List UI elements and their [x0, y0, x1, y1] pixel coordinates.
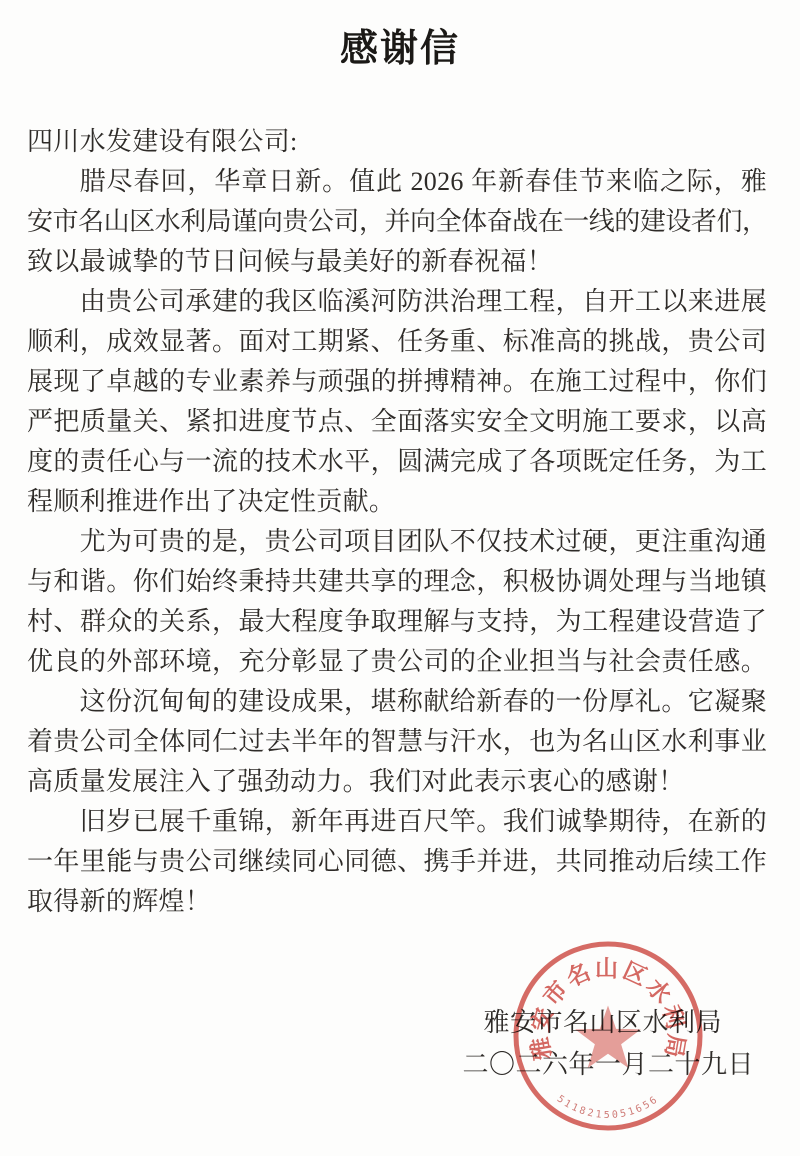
seal-code: 5118215051656 — [555, 1094, 661, 1122]
signature-block: 雅安市名山区水利局 二〇二六年一月二十九日 — [0, 1002, 800, 1086]
paragraph-4: 这份沉甸甸的建设成果，堪称献给新春的一份厚礼。它凝聚 着贵公司全体同仁过去半年的… — [27, 682, 767, 802]
text-line: 优良的外部环境，充分彰显了贵公司的企业担当与社会责任感。 — [27, 642, 767, 682]
signature-date: 二〇二六年一月二十九日 — [0, 1044, 800, 1086]
page-title: 感谢信 — [0, 0, 800, 72]
text-line: 高质量发展注入了强劲动力。我们对此表示衷心的感谢！ — [27, 762, 767, 802]
text-line: 村、群众的关系，最大程度争取理解与支持，为工程建设营造了 — [27, 602, 767, 642]
letter-body: 腊尽春回，华章日新。值此 2026 年新春佳节来临之际，雅 安市名山区水利局谨向… — [27, 162, 767, 922]
text-line: 严把质量关、紧扣进度节点、全面落实安全文明施工要求，以高 — [27, 402, 767, 442]
text-line: 展现了卓越的专业素养与顽强的拼搏精神。在施工过程中，你们 — [27, 362, 767, 402]
text-line: 腊尽春回，华章日新。值此 2026 年新春佳节来临之际，雅 — [27, 162, 767, 202]
text-line: 这份沉甸甸的建设成果，堪称献给新春的一份厚礼。它凝聚 — [27, 682, 767, 722]
paragraph-3: 尤为可贵的是，贵公司项目团队不仅技术过硬，更注重沟通 与和谐。你们始终秉持共建共… — [27, 522, 767, 682]
svg-text:5118215051656: 5118215051656 — [555, 1094, 661, 1122]
text-line: 顺利，成效显著。面对工期紧、任务重、标准高的挑战，贵公司 — [27, 322, 767, 362]
text-line: 安市名山区水利局谨向贵公司，并向全体奋战在一线的建设者们， — [27, 202, 767, 242]
text-line: 一年里能与贵公司继续同心同德、携手并进，共同推动后续工作 — [27, 842, 767, 882]
thank-you-letter-page: 感谢信 四川水发建设有限公司: 腊尽春回，华章日新。值此 2026 年新春佳节来… — [0, 0, 800, 1156]
text-line: 取得新的辉煌！ — [27, 882, 767, 922]
text-line: 与和谐。你们始终秉持共建共享的理念，积极协调处理与当地镇 — [27, 562, 767, 602]
text-line: 尤为可贵的是，贵公司项目团队不仅技术过硬，更注重沟通 — [27, 522, 767, 562]
text-line: 致以最诚挚的节日问候与最美好的新春祝福！ — [27, 242, 767, 282]
text-line: 旧岁已展千重锦，新年再进百尺竿。我们诚挚期待，在新的 — [27, 802, 767, 842]
paragraph-2: 由贵公司承建的我区临溪河防洪治理工程，自开工以来进展 顺利，成效显著。面对工期紧… — [27, 282, 767, 522]
text-line: 着贵公司全体同仁过去半年的智慧与汗水，也为名山区水利事业 — [27, 722, 767, 762]
paragraph-1: 腊尽春回，华章日新。值此 2026 年新春佳节来临之际，雅 安市名山区水利局谨向… — [27, 162, 767, 282]
text-line: 度的责任心与一流的技术水平，圆满完成了各项既定任务，为工 — [27, 442, 767, 482]
signature-organization: 雅安市名山区水利局 — [0, 1002, 800, 1044]
salutation: 四川水发建设有限公司: — [27, 122, 767, 162]
text-line: 由贵公司承建的我区临溪河防洪治理工程，自开工以来进展 — [27, 282, 767, 322]
paragraph-5: 旧岁已展千重锦，新年再进百尺竿。我们诚挚期待，在新的 一年里能与贵公司继续同心同… — [27, 802, 767, 922]
text-line: 程顺利推进作出了决定性贡献。 — [27, 482, 767, 522]
